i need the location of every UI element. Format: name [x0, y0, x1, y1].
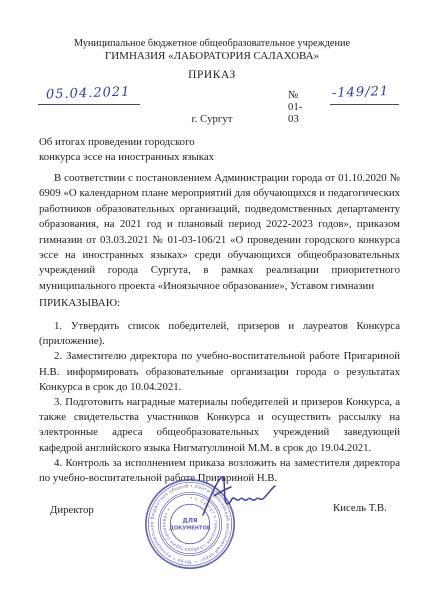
order-word: ПРИКАЗЫВАЮ: [39, 297, 120, 309]
subject-line1: Об итогах проведении городского [39, 135, 339, 150]
organization-name-line1: Муниципальное бюджетное общеобразователь… [0, 38, 424, 49]
organization-name-line2: ГИМНАЗИЯ «ЛАБОРАТОРИЯ САЛАХОВА» [0, 50, 424, 62]
handwritten-number: -149/21 [332, 84, 390, 101]
document-type-title: ПРИКАЗ [0, 69, 424, 81]
order-item-3: 3. Подготовить наградные материалы побед… [39, 395, 400, 456]
handwritten-date: 05.04.2021 [46, 85, 131, 103]
order-item-2: 2. Заместителю директора по учебно-воспи… [39, 349, 400, 395]
order-item-1: 1. Утвердить список победителей, призеро… [39, 319, 400, 349]
subject-line2: конкурса эссе на иностранных языках [39, 150, 339, 165]
signer-name-label: Кисель Т.В. [333, 502, 387, 514]
order-items: 1. Утвердить список победителей, призеро… [39, 319, 400, 486]
director-signature [190, 468, 290, 520]
date-field: 05.04.2021 [38, 84, 140, 105]
city-label: г. Сургут [0, 113, 424, 125]
signer-role-label: Директор [50, 504, 94, 516]
number-underline: -149/21 [330, 84, 399, 105]
preamble-paragraph: В соответствии с постановлением Админист… [39, 171, 400, 294]
order-document-page: Муниципальное бюджетное общеобразователь… [0, 0, 424, 599]
subject-block: Об итогах проведении городского конкурса… [39, 135, 339, 165]
stamp-center-line2: ДОКУМЕНТОВ [169, 525, 210, 531]
